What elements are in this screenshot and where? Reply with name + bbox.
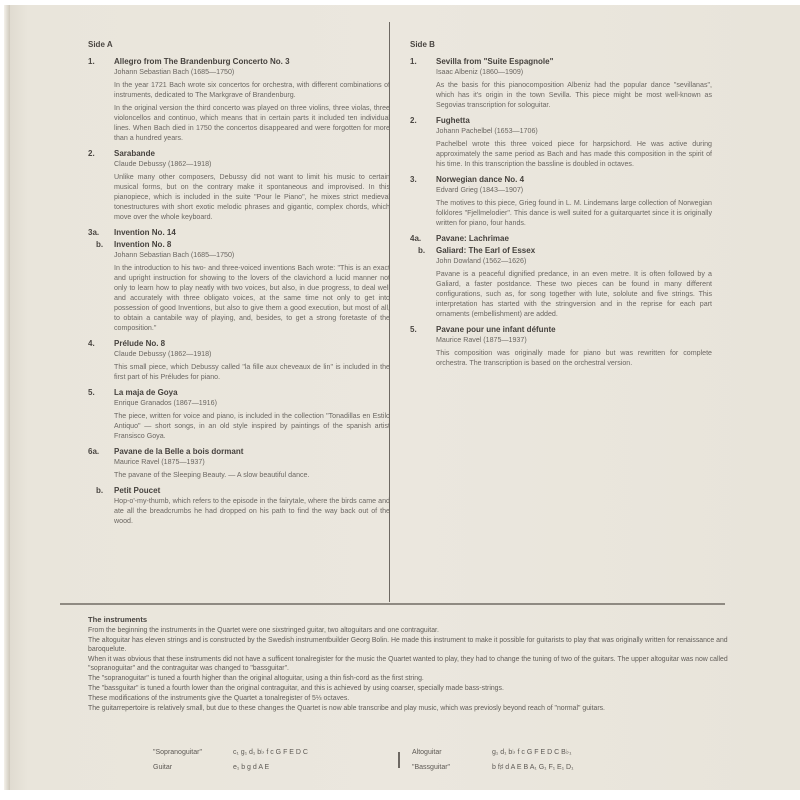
track-title: Sarabande bbox=[114, 149, 390, 159]
track-composer: John Dowland (1562—1626) bbox=[436, 256, 712, 266]
track-body: Prélude No. 8Claude Debussy (1862—1918)T… bbox=[114, 339, 390, 382]
instruments-paragraph: The "bassguitar" is tuned a fourth lower… bbox=[88, 684, 728, 693]
instrument-label: "Bassguitar" bbox=[412, 764, 492, 771]
track-number: 3. bbox=[410, 175, 417, 185]
tuning-row: Guitare₁ b g d A E bbox=[153, 764, 308, 780]
track-title: Sevilla from "Suite Espagnole" bbox=[436, 57, 712, 67]
track-composer: Claude Debussy (1862—1918) bbox=[114, 159, 390, 169]
instrument-label: "Sopranoguitar" bbox=[153, 749, 233, 756]
side-b-tracklist: 1.Sevilla from "Suite Espagnole"Isaac Al… bbox=[410, 57, 712, 368]
track-title: Norwegian dance No. 4 bbox=[436, 175, 712, 185]
instruments-text: From the beginning the instruments in th… bbox=[88, 626, 728, 713]
track-entry: 4a.Pavane: Lachrimaeb.Galiard: The Earl … bbox=[410, 234, 712, 319]
track-title: La maja de Goya bbox=[114, 388, 390, 398]
track-title: Invention No. 14 bbox=[114, 228, 390, 238]
instrument-label: Guitar bbox=[153, 764, 233, 771]
track-description: This small piece, which Debussy called "… bbox=[114, 362, 390, 382]
track-description: Hop-o'-my-thumb, which refers to the epi… bbox=[114, 496, 390, 526]
track-description: This composition was originally made for… bbox=[436, 348, 712, 368]
sub-track: b.Invention No. 8 bbox=[88, 240, 390, 250]
track-body: Allegro from The Brandenburg Concerto No… bbox=[114, 57, 390, 143]
track-body: La maja de GoyaEnrique Granados (1867—19… bbox=[114, 388, 390, 441]
instruments-heading: The instruments bbox=[88, 615, 728, 624]
section-rule bbox=[60, 603, 725, 605]
track-title: Petit Poucet bbox=[114, 486, 390, 496]
track-entry: 5.Pavane pour une infant défunteMaurice … bbox=[410, 325, 712, 368]
track-composer: Claude Debussy (1862—1918) bbox=[114, 349, 390, 359]
track-title: Pavane pour une infant défunte bbox=[436, 325, 712, 335]
sub-track-number: b. bbox=[418, 246, 425, 256]
track-body: Sevilla from "Suite Espagnole"Isaac Albe… bbox=[436, 57, 712, 110]
track-entry: 6a.Pavane de la Belle a bois dormantMaur… bbox=[88, 447, 390, 480]
tuning-table-right: Altoguitarg₁ d₁ b♭ f c G F E D C B♭₁"Bas… bbox=[412, 748, 573, 780]
track-entry: 2.SarabandeClaude Debussy (1862—1918)Unl… bbox=[88, 149, 390, 222]
instruments-paragraph: The altoguitar has eleven strings and is… bbox=[88, 636, 728, 655]
track-description: As the basis for this pianocomposition A… bbox=[436, 80, 712, 110]
track-number: 5. bbox=[88, 388, 95, 398]
string-tuning: g₁ d₁ b♭ f c G F E D C B♭₁ bbox=[492, 749, 571, 756]
track-number: 1. bbox=[88, 57, 95, 67]
instrument-label: Altoguitar bbox=[412, 749, 492, 756]
track-description: In the original version the third concer… bbox=[114, 103, 390, 143]
sub-track: b.Galiard: The Earl of Essex bbox=[410, 246, 712, 256]
track-title: Prélude No. 8 bbox=[114, 339, 390, 349]
track-body: Invention No. 14b.Invention No. 8Johann … bbox=[114, 228, 390, 333]
tuning-table-left: "Sopranoguitar"c₁ g₁ d₁ b♭ f c G F E D C… bbox=[153, 748, 308, 780]
side-b-title: Side B bbox=[410, 40, 712, 50]
track-entry: 3a.Invention No. 14b.Invention No. 8Joha… bbox=[88, 228, 390, 333]
track-body: Norwegian dance No. 4Edvard Grieg (1843—… bbox=[436, 175, 712, 228]
track-number: 2. bbox=[410, 116, 417, 126]
side-a-title: Side A bbox=[88, 40, 390, 50]
instruments-paragraph: The guitarrepertoire is relatively small… bbox=[88, 704, 728, 713]
instruments-paragraph: When it was obvious that these instrumen… bbox=[88, 655, 728, 674]
track-description: The pavane of the Sleeping Beauty. — A s… bbox=[114, 470, 390, 480]
track-number: 5. bbox=[410, 325, 417, 335]
instruments-paragraph: These modifications of the instruments g… bbox=[88, 694, 728, 703]
track-title: Allegro from The Brandenburg Concerto No… bbox=[114, 57, 390, 67]
instruments-paragraph: From the beginning the instruments in th… bbox=[88, 626, 728, 635]
side-a-column: Side A 1.Allegro from The Brandenburg Co… bbox=[88, 40, 390, 532]
string-tuning: c₁ g₁ d₁ b♭ f c G F E D C bbox=[233, 749, 308, 756]
string-tuning: e₁ b g d A E bbox=[233, 764, 269, 771]
track-body: Pavane de la Belle a bois dormantMaurice… bbox=[114, 447, 390, 480]
track-composer: Enrique Granados (1867—1916) bbox=[114, 398, 390, 408]
sleeve-edge bbox=[4, 5, 10, 790]
sub-track-title: Invention No. 8 bbox=[114, 240, 390, 250]
track-number: 2. bbox=[88, 149, 95, 159]
track-entry: 3.Norwegian dance No. 4Edvard Grieg (184… bbox=[410, 175, 712, 228]
track-number: 4a. bbox=[410, 234, 421, 244]
track-description: The motives to this piece, Grieg found i… bbox=[436, 198, 712, 228]
side-b-column: Side B 1.Sevilla from "Suite Espagnole"I… bbox=[410, 40, 712, 374]
tuning-row: Altoguitarg₁ d₁ b♭ f c G F E D C B♭₁ bbox=[412, 748, 573, 764]
track-composer: Maurice Ravel (1875—1937) bbox=[436, 335, 712, 345]
sub-track-title: Galiard: The Earl of Essex bbox=[436, 246, 712, 256]
track-entry: 4.Prélude No. 8Claude Debussy (1862—1918… bbox=[88, 339, 390, 382]
instruments-paragraph: The "sopranoguitar" is tuned a fourth hi… bbox=[88, 674, 728, 683]
track-body: FughettaJohann Pachelbel (1653—1706)Pach… bbox=[436, 116, 712, 169]
track-description: In the introduction to his two- and thre… bbox=[114, 263, 390, 333]
string-tuning: b f♯ d A E B A₁ G₁ F₁ E₁ D₁ bbox=[492, 764, 573, 771]
track-number: 1. bbox=[410, 57, 417, 67]
track-composer: Isaac Albeniz (1860—1909) bbox=[436, 67, 712, 77]
track-description: In the year 1721 Bach wrote six concerto… bbox=[114, 80, 390, 100]
track-title: Pavane: Lachrimae bbox=[436, 234, 712, 244]
tuning-divider bbox=[398, 752, 400, 768]
track-title: Pavane de la Belle a bois dormant bbox=[114, 447, 390, 457]
track-number: 6a. bbox=[88, 447, 99, 457]
track-body: Pavane: Lachrimaeb.Galiard: The Earl of … bbox=[436, 234, 712, 319]
track-description: Pavane is a peaceful dignified predance,… bbox=[436, 269, 712, 319]
track-body: Pavane pour une infant défunteMaurice Ra… bbox=[436, 325, 712, 368]
track-composer: Johann Sebastian Bach (1685—1750) bbox=[114, 250, 390, 260]
track-composer: Johann Pachelbel (1653—1706) bbox=[436, 126, 712, 136]
track-entry: b.Petit PoucetHop-o'-my-thumb, which ref… bbox=[88, 486, 390, 526]
track-number: 4. bbox=[88, 339, 95, 349]
track-composer: Maurice Ravel (1875—1937) bbox=[114, 457, 390, 467]
track-title: Fughetta bbox=[436, 116, 712, 126]
track-description: The piece, written for voice and piano, … bbox=[114, 411, 390, 441]
track-number: b. bbox=[96, 486, 103, 496]
side-a-tracklist: 1.Allegro from The Brandenburg Concerto … bbox=[88, 57, 390, 526]
track-description: Pachelbel wrote this three voiced piece … bbox=[436, 139, 712, 169]
track-number: 3a. bbox=[88, 228, 99, 238]
track-description: Unlike many other composers, Debussy did… bbox=[114, 172, 390, 222]
instruments-section: The instruments From the beginning the i… bbox=[88, 615, 728, 713]
tuning-row: "Bassguitar"b f♯ d A E B A₁ G₁ F₁ E₁ D₁ bbox=[412, 764, 573, 780]
track-composer: Johann Sebastian Bach (1685—1750) bbox=[114, 67, 390, 77]
track-body: Petit PoucetHop-o'-my-thumb, which refer… bbox=[114, 486, 390, 526]
track-entry: 1.Sevilla from "Suite Espagnole"Isaac Al… bbox=[410, 57, 712, 110]
sub-track-number: b. bbox=[96, 240, 103, 250]
track-entry: 1.Allegro from The Brandenburg Concerto … bbox=[88, 57, 390, 143]
track-body: SarabandeClaude Debussy (1862—1918)Unlik… bbox=[114, 149, 390, 222]
track-entry: 2.FughettaJohann Pachelbel (1653—1706)Pa… bbox=[410, 116, 712, 169]
track-composer: Edvard Grieg (1843—1907) bbox=[436, 185, 712, 195]
track-entry: 5.La maja de GoyaEnrique Granados (1867—… bbox=[88, 388, 390, 441]
tuning-row: "Sopranoguitar"c₁ g₁ d₁ b♭ f c G F E D C bbox=[153, 748, 308, 764]
